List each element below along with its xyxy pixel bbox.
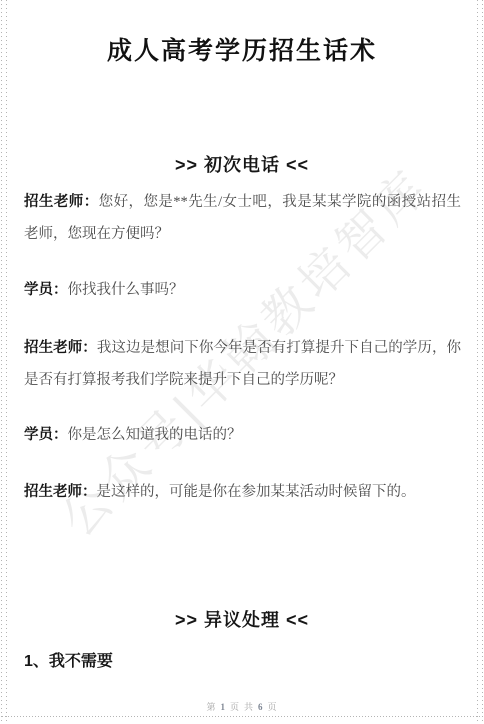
dialogue-paragraph: 学员：你找我什么事吗？ [24, 274, 461, 306]
document-title: 成人高考学历招生话术 [0, 31, 484, 67]
speech-text: 你是怎么知道我的电话的？ [68, 427, 242, 443]
section-heading-objection-handling: >> 异议处理 << [0, 606, 484, 632]
footer-label-page: 第 [206, 702, 216, 712]
section-heading-first-call: >> 初次电话 << [0, 151, 484, 177]
dialogue-paragraph: 招生老师：我这边是想问下你今年是否有打算提升下自己的学历，你是否有打算报考我们学… [24, 332, 461, 396]
footer-label-ye: 页 [230, 702, 240, 712]
dialogue-paragraph: 招生老师：您好，您是**先生/女士吧，我是某某学院的函授站招生老师，您现在方便吗… [24, 186, 461, 250]
page-footer: 第1页共6页 [0, 700, 484, 713]
speaker-label: 学员： [24, 427, 68, 443]
text-layer: 成人高考学历招生话术 >> 初次电话 << 招生老师：您好，您是**先生/女士吧… [0, 0, 484, 724]
footer-label-of: 共 [244, 702, 254, 712]
document-page: 公众号|华翰教培智库 成人高考学历招生话术 >> 初次电话 << 招生老师：您好… [0, 0, 484, 724]
speaker-label: 招生老师： [24, 194, 99, 210]
footer-current-page-number: 1 [220, 702, 226, 712]
speaker-label: 招生老师： [24, 340, 97, 356]
objection-item-1: 1、我不需要 [24, 648, 113, 671]
dialogue-paragraph: 学员：你是怎么知道我的电话的？ [24, 419, 461, 451]
dialogue-paragraph: 招生老师：是这样的，可能是你在参加某某活动时候留下的。 [24, 476, 461, 508]
speech-text: 你找我什么事吗？ [68, 282, 184, 298]
speech-text: 是这样的，可能是你在参加某某活动时候留下的。 [97, 484, 416, 500]
speaker-label: 学员： [24, 282, 68, 298]
speaker-label: 招生老师： [24, 484, 97, 500]
footer-label-pages: 页 [268, 702, 278, 712]
footer-total-page-number: 6 [258, 702, 264, 712]
